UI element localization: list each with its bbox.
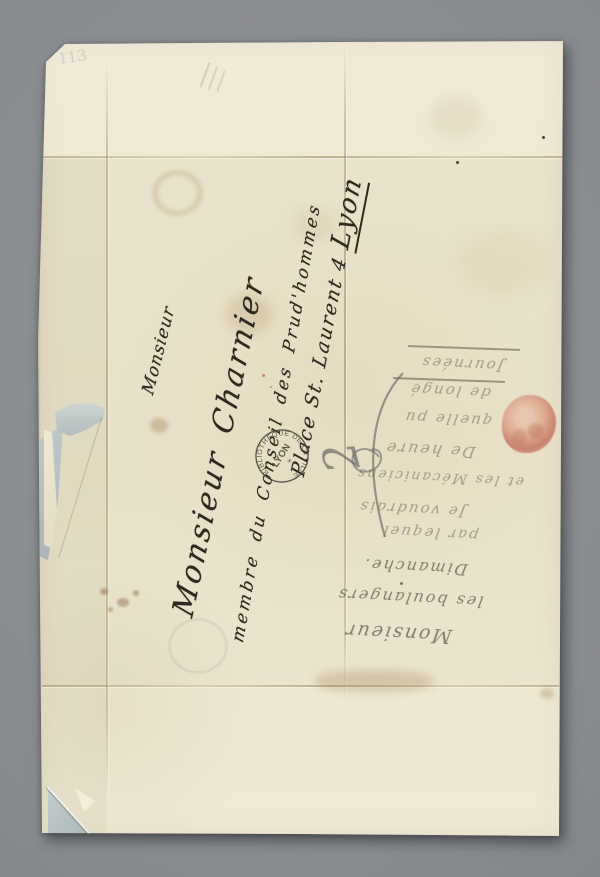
stain-blotch bbox=[430, 98, 482, 138]
stain-smudge bbox=[315, 670, 433, 692]
address-line-1: Monsieur bbox=[139, 303, 179, 398]
fold-line-left bbox=[106, 60, 108, 800]
show-through-line: Dimanche. bbox=[361, 555, 469, 579]
pencil-flourish-icon bbox=[315, 365, 415, 545]
paper-top-strip bbox=[38, 40, 565, 157]
letter-paper: 113 Journées de longé quelle pu De heure… bbox=[38, 40, 565, 838]
paper-left-column bbox=[38, 157, 106, 833]
fold-line-top bbox=[40, 156, 563, 158]
show-through-rule bbox=[408, 345, 520, 350]
stain-dot bbox=[100, 588, 108, 595]
tear-notch bbox=[55, 403, 105, 436]
dog-ear-backing bbox=[48, 786, 90, 833]
wax-seal bbox=[502, 395, 556, 453]
show-through-line: quelle pu bbox=[402, 408, 494, 430]
stain-ring bbox=[150, 168, 205, 218]
tear-flap bbox=[44, 390, 57, 548]
show-through-line: Monsieur bbox=[342, 619, 453, 646]
paper-bottom-strip bbox=[38, 687, 565, 838]
ink-speck bbox=[456, 161, 459, 164]
stain-dot bbox=[108, 607, 113, 612]
crease-mark bbox=[200, 63, 210, 88]
ink-speck bbox=[400, 582, 403, 585]
tear-backing bbox=[38, 425, 63, 560]
corner-mark: 113 bbox=[57, 46, 88, 68]
crease-mark bbox=[216, 70, 225, 91]
crease-mark bbox=[208, 66, 218, 89]
stain-dot bbox=[117, 598, 129, 607]
address-city: Lyon bbox=[326, 172, 370, 253]
tear-line bbox=[58, 418, 102, 558]
red-speck bbox=[262, 374, 265, 377]
stain-spot bbox=[150, 418, 168, 433]
photo-background: 113 Journées de longé quelle pu De heure… bbox=[0, 0, 600, 877]
stamp-center-text: LYON bbox=[270, 442, 293, 470]
fold-line-bottom bbox=[42, 685, 559, 687]
dog-ear-crease bbox=[47, 786, 90, 834]
letter-paper-shadow: 113 Journées de longé quelle pu De heure… bbox=[38, 40, 565, 838]
stain-spot bbox=[540, 688, 554, 699]
stamp-show-through bbox=[168, 618, 228, 674]
ink-speck bbox=[542, 136, 545, 139]
dog-ear-fold-tip bbox=[75, 788, 95, 812]
show-through-line: les boulangers bbox=[335, 585, 485, 612]
show-through-line: Journées bbox=[419, 353, 505, 375]
stain-dot bbox=[133, 590, 139, 596]
show-through-line: de longé bbox=[408, 380, 492, 402]
stain-blotch bbox=[458, 230, 550, 294]
stamp-star-icon: ✳ bbox=[286, 457, 295, 465]
